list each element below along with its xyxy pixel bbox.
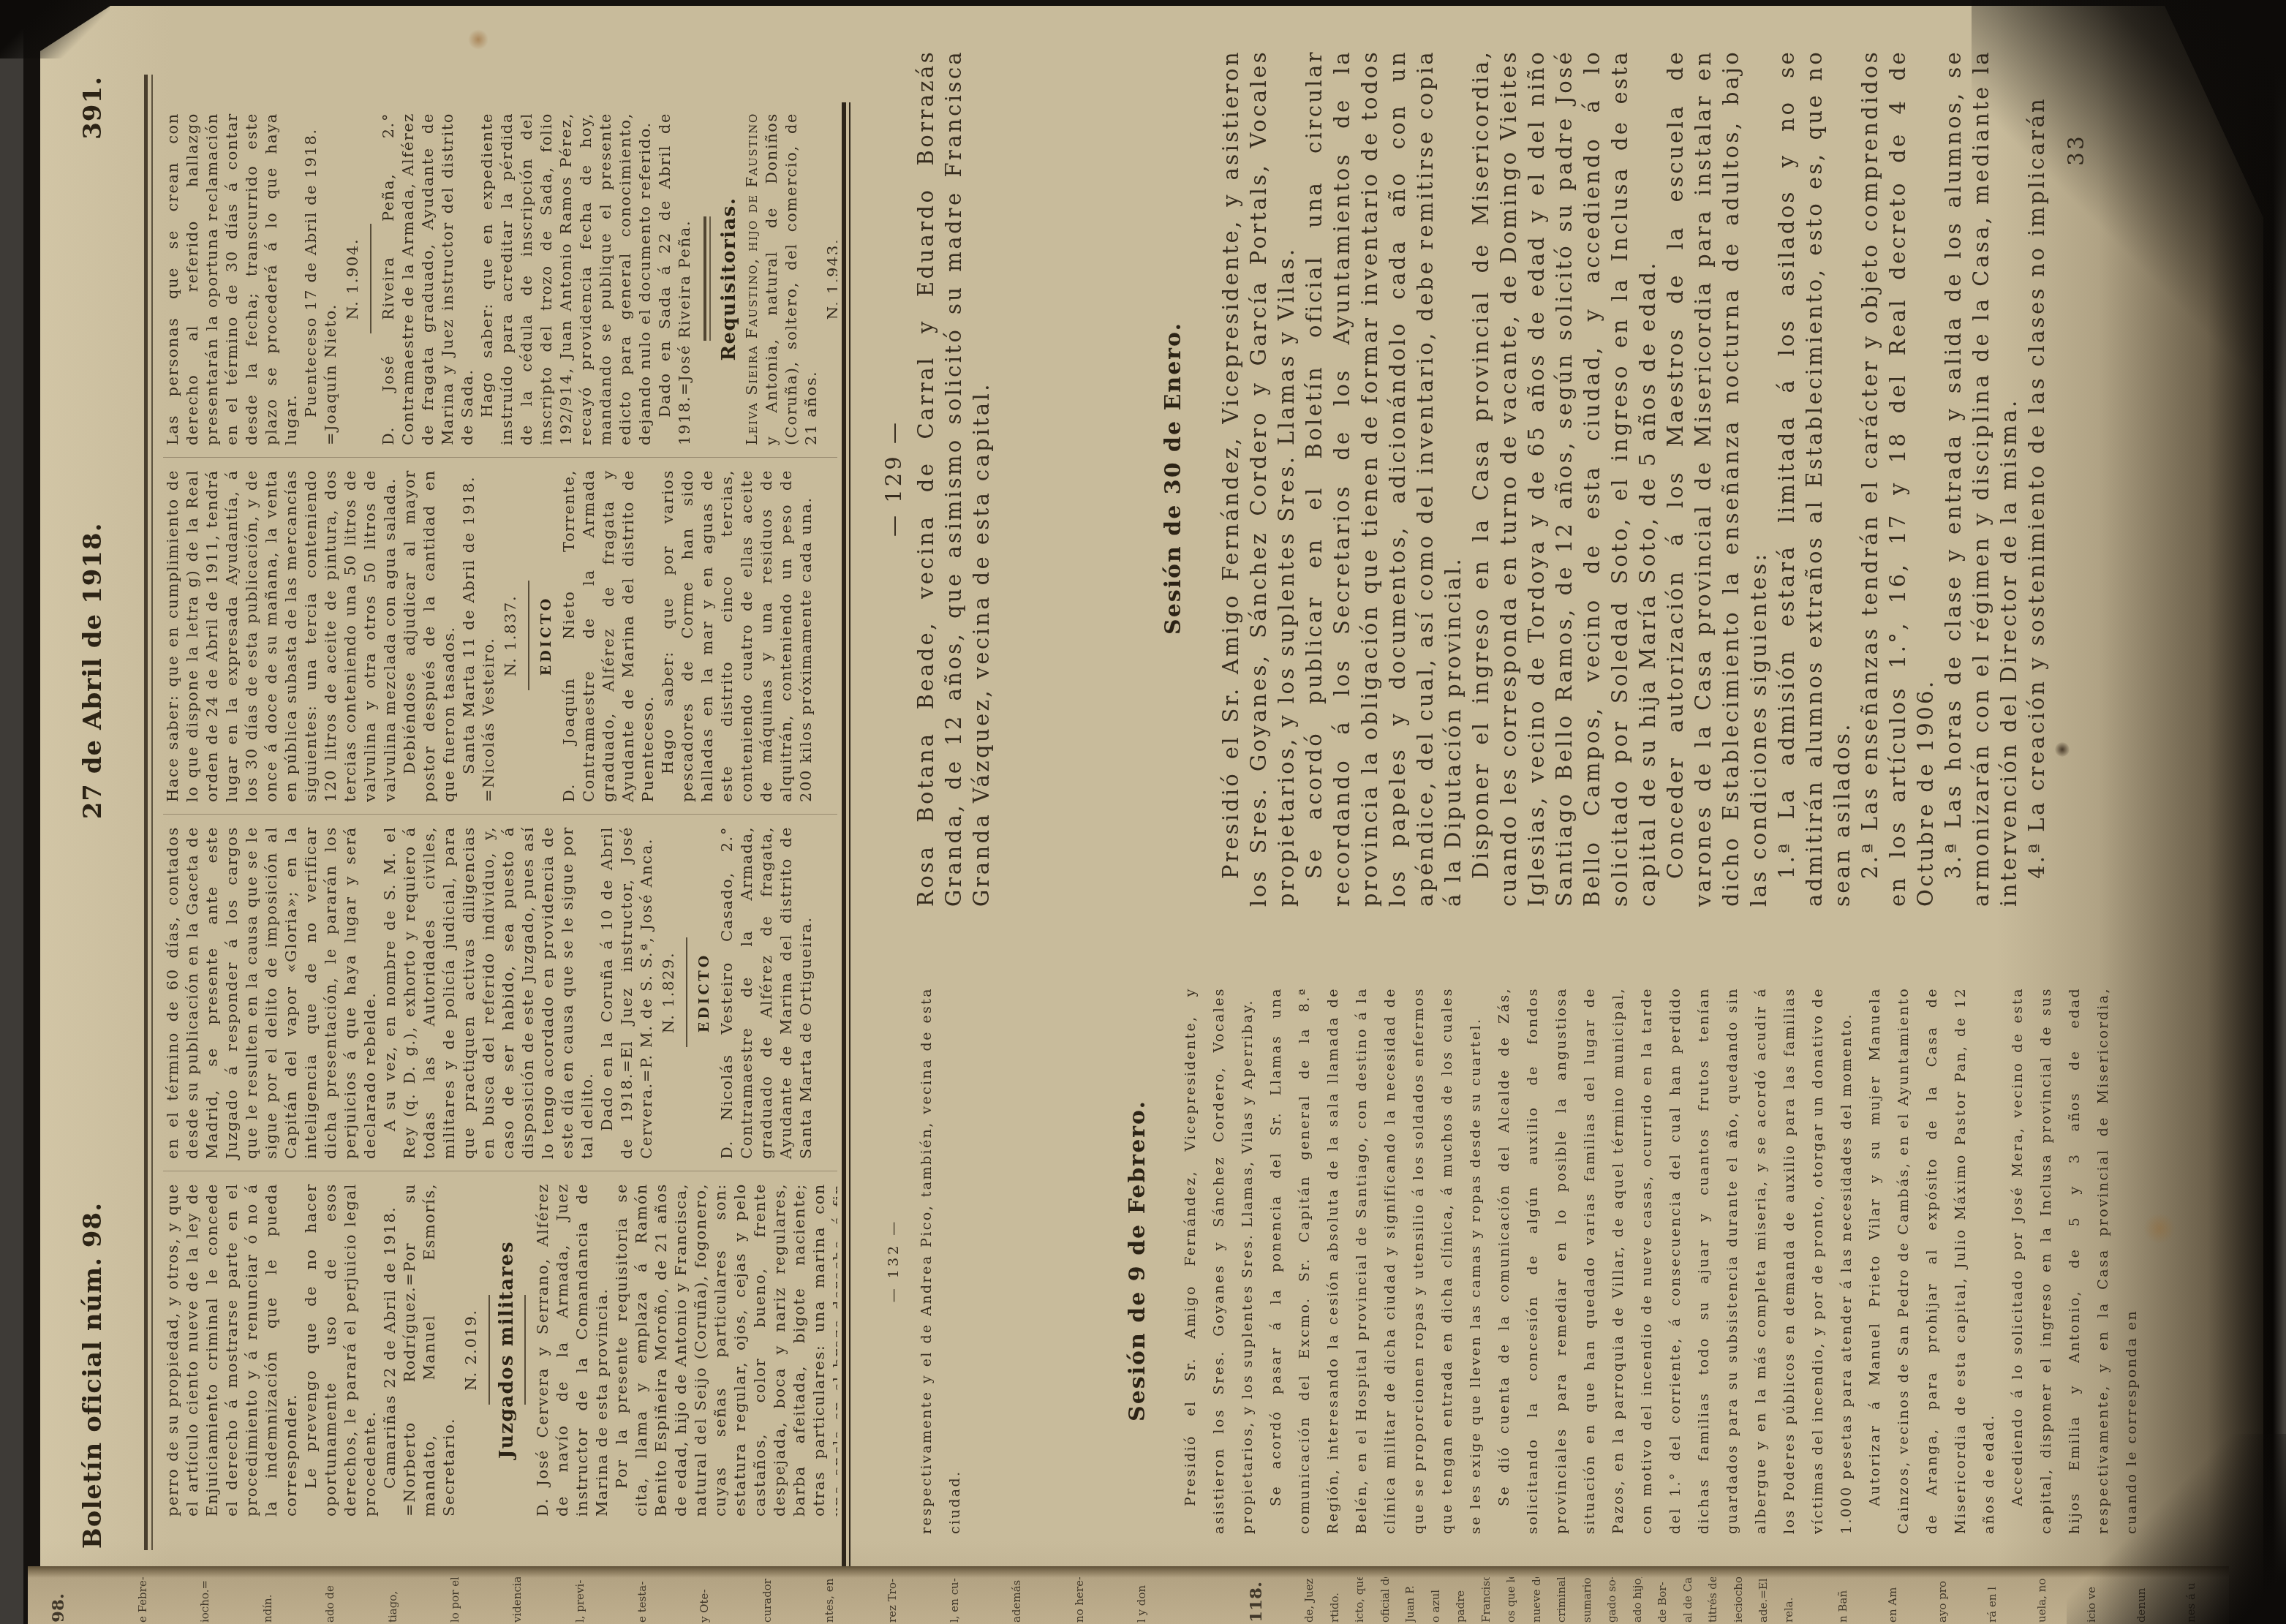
reference-number: N. 1.837. — [501, 469, 521, 802]
edge-page-number-118: 118. — [1248, 1574, 1264, 1623]
edge-fragments-mid: de, Juezrtido.icto, queoficial deJuan P.… — [1304, 1573, 1801, 1624]
paragraph: Camariñas 22 de Abril de 1918. — [380, 1183, 400, 1517]
edge-text-fragment: tiago, — [388, 1577, 399, 1623]
paragraph: D. José Riveira Peña, 2.° Contramaestre … — [379, 113, 478, 445]
edge-text-fragment: al de Ca- — [1683, 1577, 1694, 1623]
paragraph: Rosa Botana Beade, vecina de Carral y Ed… — [912, 50, 995, 907]
edge-fragments-left: e Febre-iocho.=ndín.ado detiago,lo por e… — [137, 1573, 1154, 1624]
gazette-column-2: en el término de 60 días, contados desde… — [163, 815, 837, 1171]
paragraph: =Nicolás Vesteiro. — [479, 469, 499, 802]
divider-double-rule — [703, 217, 711, 341]
gazette-column-3: Hace saber: que en cumplimiento de lo qu… — [163, 458, 837, 815]
paragraph: Dado en Sada á 22 de Abril de 1918.=José… — [655, 113, 695, 445]
section-heading: Juzgados militares — [497, 1183, 517, 1517]
paragraph: Le prevengo que de no hacer oportunament… — [301, 1183, 380, 1517]
edge-text-fragment: criminal, — [1556, 1577, 1567, 1623]
reference-number: N. 1.943. — [823, 113, 837, 445]
paragraph: Presidió el Sr. Amigo Fernández, Vicepre… — [1177, 987, 1262, 1534]
paragraph: perro de su propiedad, y otros, y que el… — [163, 1183, 301, 1517]
page-curl-shadow-bottom — [2067, 1434, 2286, 1624]
film-edge-strip — [0, 0, 23, 1624]
paragraph: Puenteceso 17 de Abril de 1918. — [301, 113, 321, 445]
paragraph: Por la presente requisitoria se cita, ll… — [612, 1183, 837, 1517]
supplement-page-132: — 132 —respectivamente y el de Andrea Pi… — [880, 987, 2146, 1534]
edge-text-fragment: en Am — [1887, 1577, 1898, 1623]
divider-rule — [528, 581, 529, 691]
edge-text-fragment: n Bañ — [1838, 1577, 1849, 1623]
edge-text-fragment: no here- — [1074, 1577, 1085, 1623]
gazette-column-1: perro de su propiedad, y otros, y que el… — [163, 1171, 837, 1528]
session-heading: Sesión de 9 de Febrero. — [1123, 987, 1152, 1534]
edge-text-fragment: además — [1011, 1577, 1022, 1623]
edge-text-fragment: oficial de — [1380, 1577, 1391, 1623]
edge-text-fragment: ado hijo, — [1632, 1577, 1643, 1623]
edge-text-fragment: ayo pro — [1937, 1577, 1948, 1623]
paragraph: Dado en la Coruña á 10 de Abril de 1918.… — [597, 826, 657, 1159]
header-rule — [144, 75, 153, 1550]
paragraph: 1.ª La admisión estará limitada á los as… — [1773, 50, 1856, 907]
paragraph: 2.ª Las enseñanzas tendrán el carácter y… — [1856, 50, 1939, 907]
edge-text-fragment: nueve de — [1531, 1577, 1542, 1623]
spacer — [1152, 987, 1177, 1534]
paragraph: Se acordó pasar á la ponencia del Sr. Ll… — [1262, 987, 1490, 1534]
paragraph: Autorizar á Manuel Prieto Vilar y su muj… — [1861, 987, 2004, 1534]
paragraph: Se dió cuenta de la comunicación del Alc… — [1490, 987, 1861, 1534]
edge-text-fragment: ntes, en — [824, 1577, 835, 1623]
edge-text-fragment: uela, no — [2037, 1577, 2048, 1623]
underlying-page-edge: 98. e Febre-iocho.=ndín.ado detiago,lo p… — [28, 1566, 2229, 1624]
page-number-marker: — 132 — — [880, 987, 908, 1534]
header-page-number: 391. — [78, 76, 107, 140]
paragraph: en el término de 60 días, contados desde… — [163, 826, 380, 1159]
edge-text-fragment: icto, que — [1354, 1577, 1365, 1623]
edge-text-fragment: sumario — [1582, 1577, 1593, 1623]
edge-text-fragment: padre — [1455, 1577, 1466, 1623]
header-title: Boletín oficial núm. 98. — [78, 1202, 107, 1549]
paragraph: Debiéndose adjudicar al mayor postor des… — [400, 469, 459, 802]
paper-stain — [2143, 1214, 2176, 1243]
paragraph: Presidió el Sr. Amigo Fernández, Vicepre… — [1217, 50, 1300, 907]
edge-text-fragment: titrés de — [1708, 1577, 1719, 1623]
edge-text-fragment: rela. — [1784, 1577, 1795, 1623]
divider-rule — [488, 1295, 490, 1405]
edge-text-fragment: y Ote- — [699, 1577, 710, 1623]
bulletin-page: Boletín oficial núm. 98. 27 de Abril de … — [40, 6, 2263, 1620]
reference-number: N. 2.019. — [461, 1183, 481, 1517]
divider-rule — [370, 224, 371, 334]
supplement-section: — 132 —respectivamente y el de Andrea Pi… — [880, 48, 2146, 1534]
edge-text-fragment: gado so- — [1607, 1577, 1618, 1623]
session-heading: Sesión de 30 de Enero. — [1160, 50, 1188, 907]
paragraph: Hago saber: que por varios pescadores de… — [658, 469, 816, 802]
paper-stain — [468, 29, 488, 50]
edge-text-fragment: lo por el — [450, 1577, 461, 1623]
spacer — [1188, 50, 1217, 907]
paragraph: Disponer el ingreso en la Casa provincia… — [1467, 50, 1661, 907]
edge-text-fragment: videncia — [512, 1577, 523, 1623]
paragraph: D. José Cervera y Serrano, Alférez de na… — [533, 1183, 612, 1517]
edge-text-fragment: de Bor- — [1657, 1577, 1668, 1623]
edge-text-fragment: Juan P. — [1405, 1577, 1416, 1623]
edge-text-fragment: l y don — [1136, 1577, 1147, 1623]
edge-text-fragment: os que le — [1506, 1577, 1517, 1623]
edge-text-fragment: Francisco — [1481, 1577, 1492, 1623]
edge-text-fragment: ade.=El — [1758, 1577, 1769, 1623]
paragraph: respectivamente y el de Andrea Pico, tam… — [913, 987, 970, 1534]
page-number-marker: — 129 — — [880, 50, 908, 907]
edge-text-fragment: l, previ- — [575, 1577, 586, 1623]
divider-rule — [524, 1295, 526, 1405]
reference-number: N. 1.904. — [343, 113, 363, 445]
paragraph: Se acordó publicar en el Boletín oficial… — [1300, 50, 1467, 907]
edge-text-fragment: rez Tro- — [887, 1577, 898, 1623]
edict-heading: EDICTO — [537, 469, 557, 802]
paragraph: A su vez, en nombre de S. M. el Rey (q. … — [380, 826, 597, 1159]
section-heading: Requisitorias. — [720, 113, 739, 445]
edge-text-fragment: e Febre- — [137, 1577, 148, 1623]
spacer — [970, 987, 1123, 1534]
paragraph: Las personas que se crean con derecho al… — [163, 113, 301, 445]
reference-number: N. 1.829. — [659, 826, 679, 1159]
edge-text-fragment: l, en cu- — [949, 1577, 960, 1623]
edge-text-fragment: de, Juez — [1304, 1577, 1315, 1623]
edge-text-fragment: ndín. — [263, 1577, 274, 1623]
edge-text-fragment: curador — [762, 1577, 773, 1623]
edge-text-fragment: ieciocho. — [1733, 1577, 1744, 1623]
paragraph: Santa Marta 11 de Abril de 1918. — [459, 469, 479, 802]
paragraph: Hago saber: que en expediente instruído … — [478, 113, 655, 445]
page-curl-shadow-top — [1972, 0, 2286, 424]
edge-page-number-98: 98. — [50, 1574, 67, 1623]
edge-text-fragment: ado de — [325, 1577, 336, 1623]
paragraph: =Norberto Rodríguez.=Por su mandato, Man… — [400, 1183, 459, 1517]
page-header: Boletín oficial núm. 98. 27 de Abril de … — [78, 76, 107, 1549]
gazette-column-4: Las personas que se crean con derecho al… — [163, 101, 837, 458]
gazette-section: perro de su propiedad, y otros, y que el… — [163, 101, 837, 1528]
header-date: 27 de Abril de 1918. — [78, 522, 107, 819]
section-divider-rule — [842, 102, 850, 1569]
edge-text-fragment: rtido. — [1329, 1577, 1340, 1623]
divider-rule — [686, 938, 687, 1048]
paragraph: Conceder autorización á los Maestros de … — [1661, 50, 1773, 907]
edge-text-fragment: e testa- — [637, 1577, 648, 1623]
paragraph: D. Nicolás Vesteiro Casado, 2.° Contrama… — [717, 826, 816, 1159]
spacer — [995, 50, 1160, 907]
paper-stain — [2055, 742, 2070, 757]
paragraph: =Joaquín Nieto. — [321, 113, 341, 445]
edict-heading: EDICTO — [695, 826, 714, 1159]
paragraph: D. Joaquín Nieto Torrente, Contramaestre… — [559, 469, 658, 802]
scan-corner-shadow — [0, 0, 110, 58]
edge-text-fragment: rá en l — [1987, 1577, 1998, 1623]
supplement-gutter — [880, 907, 2146, 987]
edge-text-fragment: iocho.= — [200, 1577, 211, 1623]
edge-text-fragment: o azul — [1430, 1577, 1441, 1623]
supplement-page-129: — 129 —Rosa Botana Beade, vecina de Carr… — [880, 50, 2146, 907]
scanned-bulletin-screenshot: Boletín oficial núm. 98. 27 de Abril de … — [0, 0, 2286, 1624]
paragraph: Hace saber: que en cumplimiento de lo qu… — [163, 469, 400, 802]
paragraph: Leiva Sieira Faustino, hijo de Faustino … — [742, 113, 821, 445]
